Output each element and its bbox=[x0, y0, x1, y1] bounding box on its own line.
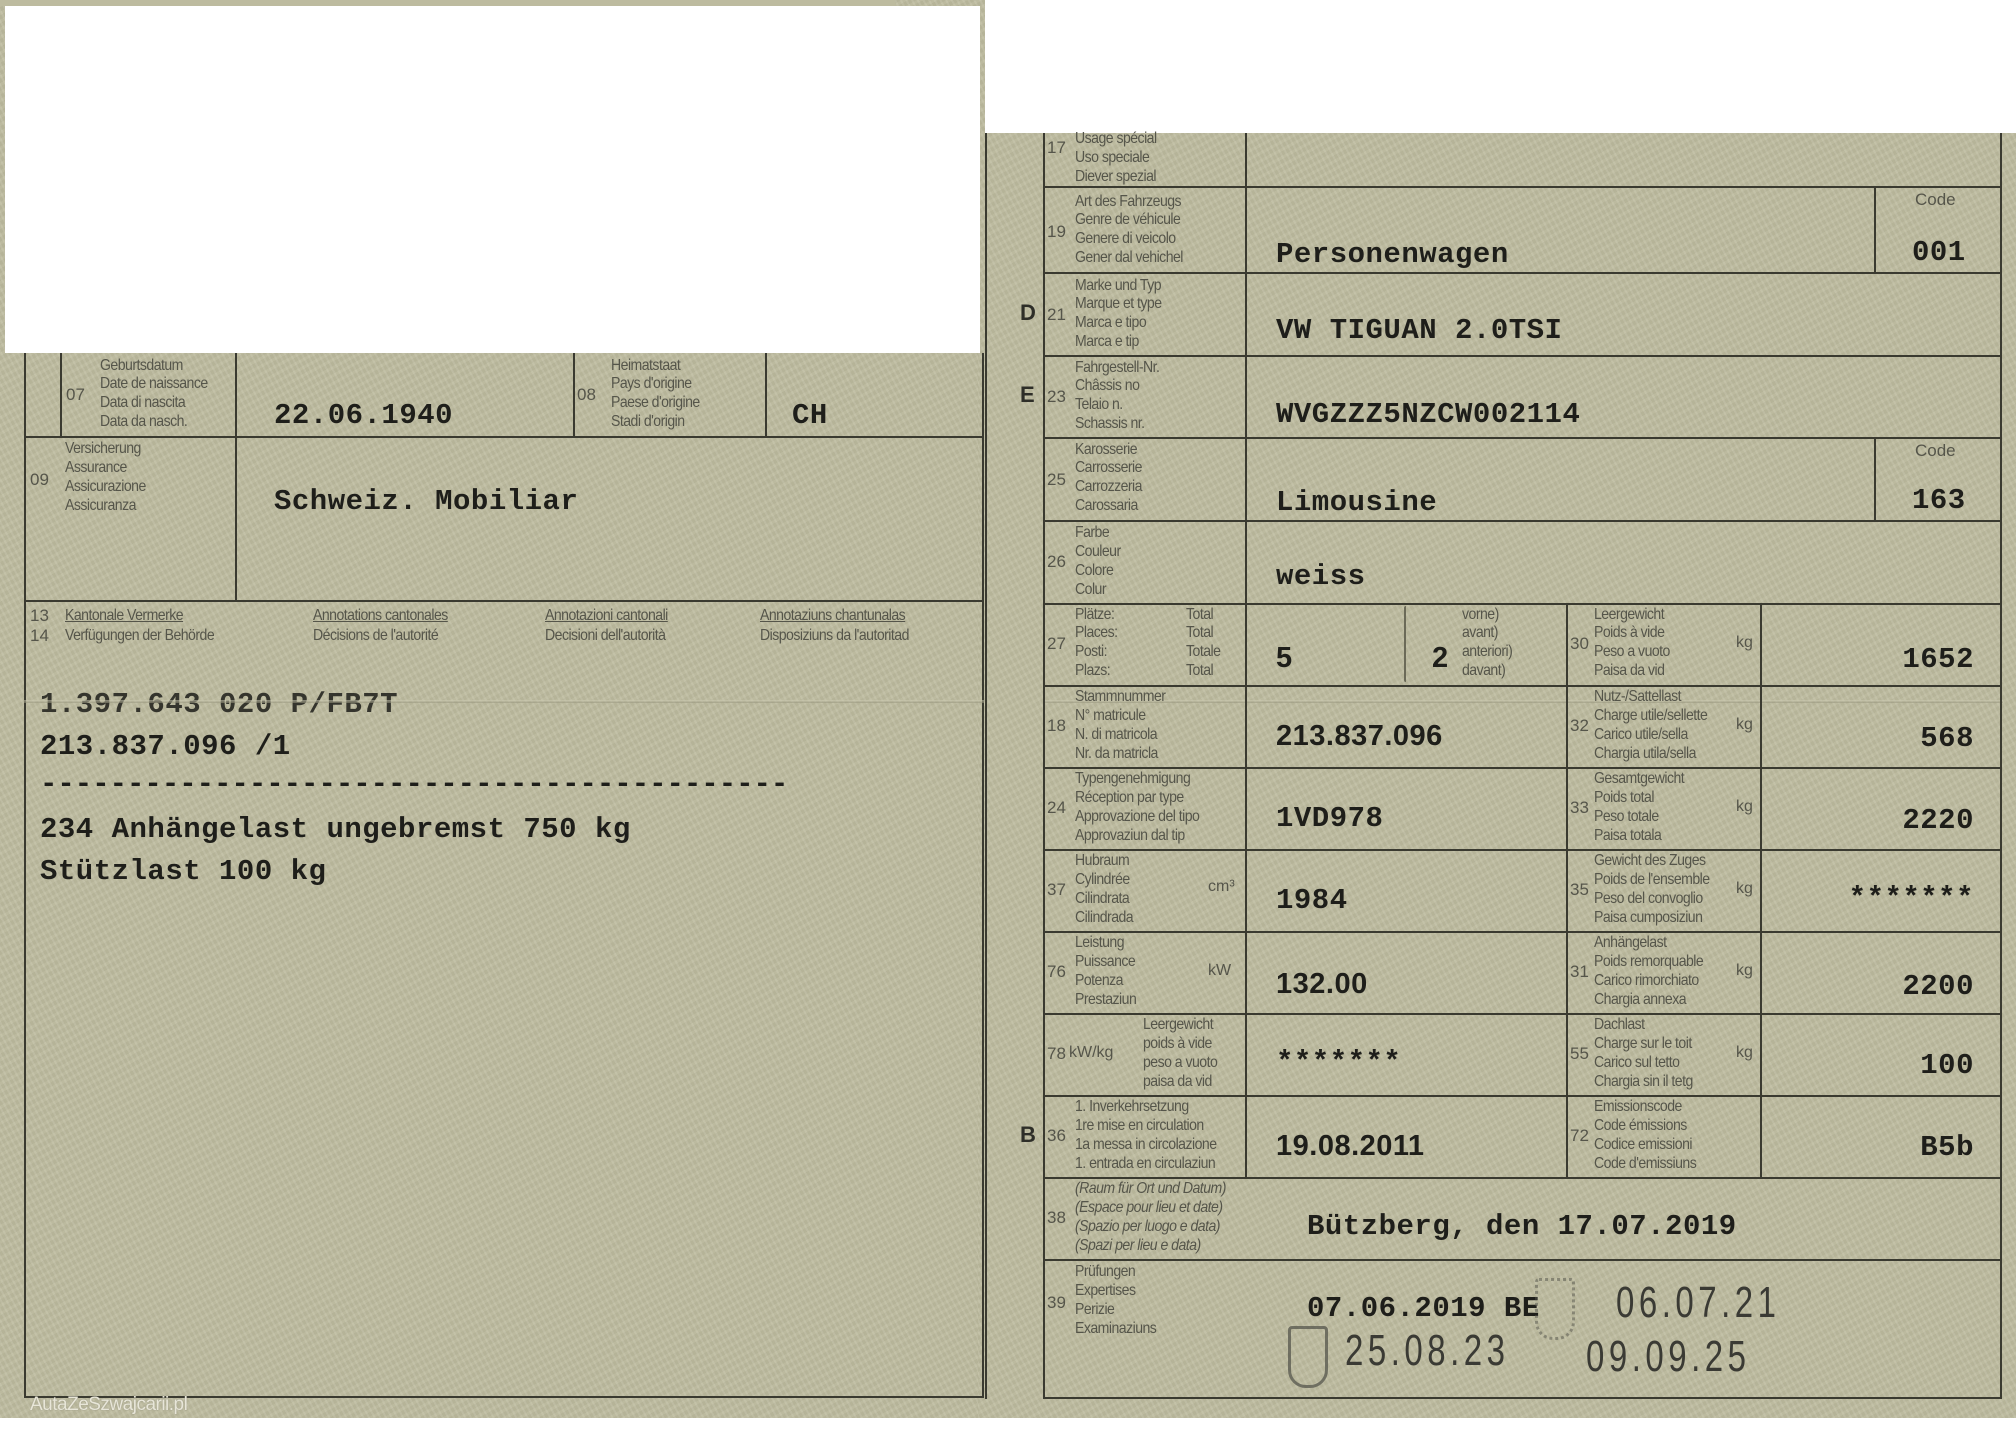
annotation-line-4: Stützlast 100 kg bbox=[40, 855, 326, 888]
redacted-area bbox=[5, 6, 980, 353]
emission-code-value: B5b bbox=[1920, 1131, 1974, 1164]
inspection-stamp-1: 06.07.21 bbox=[1616, 1278, 1780, 1328]
type-approval-value: 1VD978 bbox=[1276, 802, 1383, 835]
annotation-line-1: 1.397.643 020 P/FB7T bbox=[40, 688, 398, 721]
fold-crease bbox=[1043, 700, 2003, 703]
inspection-stamp-3: 09.09.25 bbox=[1586, 1332, 1750, 1382]
canton-crest-icon bbox=[1535, 1278, 1575, 1340]
make-model-value: VW TIGUAN 2.0TSI bbox=[1276, 314, 1562, 347]
total-weight-value: 2220 bbox=[1902, 804, 1974, 837]
power-to-weight-value: ******* bbox=[1276, 1046, 1401, 1079]
power-value: 132.00 bbox=[1276, 968, 1368, 1001]
vehicle-type-value: Personenwagen bbox=[1276, 238, 1509, 271]
roof-load-value: 100 bbox=[1920, 1049, 1974, 1082]
towing-capacity-value: 2200 bbox=[1902, 970, 1974, 1003]
inspection-stamp-2: 25.08.23 bbox=[1345, 1326, 1509, 1376]
color-value: weiss bbox=[1276, 560, 1366, 593]
birthdate-value: 22.06.1940 bbox=[274, 399, 453, 432]
body-type-value: Limousine bbox=[1276, 486, 1437, 519]
chassis-number-value: WVGZZZ5NZCW002114 bbox=[1276, 398, 1580, 431]
empty-weight-value: 1652 bbox=[1902, 643, 1974, 676]
first-registration-value: 19.08.2011 bbox=[1276, 1130, 1425, 1163]
paper-edge bbox=[0, 0, 895, 6]
annotation-separator: ----------------------------------------… bbox=[40, 768, 788, 801]
body-type-code: 163 bbox=[1912, 484, 1966, 517]
country-value: CH bbox=[792, 399, 828, 432]
bracket bbox=[1404, 606, 1408, 682]
seats-total-value: 5 bbox=[1276, 642, 1293, 675]
insurance-value: Schweiz. Mobiliar bbox=[274, 485, 578, 518]
vehicle-type-code: 001 bbox=[1912, 236, 1966, 269]
seats-front-value: 2 bbox=[1432, 642, 1449, 675]
fold-crease bbox=[24, 700, 984, 703]
canton-crest-icon bbox=[1288, 1326, 1328, 1388]
master-number-value: 213.837.096 bbox=[1276, 720, 1443, 753]
watermark: AutaZeSzwajcarii.pl bbox=[30, 1394, 187, 1416]
place-date-value: Bützberg, den 17.07.2019 bbox=[1307, 1210, 1737, 1243]
annotation-line-3: 234 Anhängelast ungebremst 750 kg bbox=[40, 813, 631, 846]
inspection-value: 07.06.2019 BE bbox=[1307, 1292, 1540, 1325]
annotation-line-2: 213.837.096 /1 bbox=[40, 730, 291, 763]
payload-value: 568 bbox=[1920, 722, 1974, 755]
train-weight-value: ******* bbox=[1849, 882, 1974, 915]
displacement-value: 1984 bbox=[1276, 884, 1348, 917]
